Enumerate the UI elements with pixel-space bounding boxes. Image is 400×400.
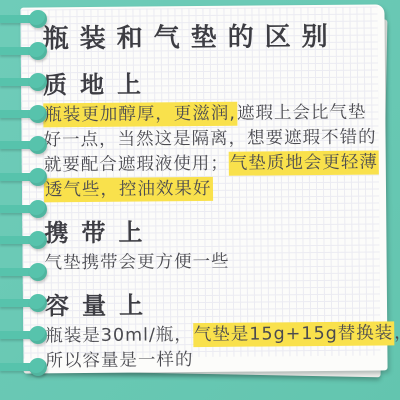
section-heading-2: 携带上 [44, 217, 374, 248]
text-segment: 遮瑕上会比气垫 [237, 103, 367, 124]
binder-ring [0, 358, 48, 376]
section-paragraph-2: 气垫携带会更方便一些 [45, 249, 375, 277]
binder-ring [0, 42, 48, 60]
section-paragraph-1: 瓶装更加醇厚，更滋润,遮瑕上会比气垫好一点，当然这是隔离，想要遮瑕不错的就要配合… [43, 101, 374, 204]
text-line: 就要配合遮瑕液使用；气垫质地会更轻薄 [44, 151, 374, 179]
text-line: 瓶装更加醇厚，更滋润,遮瑕上会比气垫 [43, 101, 373, 129]
note-title: 瓶装和气垫的区别 [43, 21, 373, 56]
text-segment: ， [394, 323, 400, 343]
binder-ring [0, 168, 48, 186]
text-line: 气垫携带会更方便一些 [45, 249, 375, 277]
text-line: 瓶装是30ml/瓶，气垫是15g+15g替换装， [45, 322, 375, 350]
section-heading-3: 容量上 [45, 290, 375, 321]
text-line: 所以容量是一样的 [45, 347, 375, 375]
text-segment: 就要配合遮瑕液使用； [44, 154, 229, 176]
binder-ring [0, 10, 48, 28]
text-segment: 所以容量是一样的 [45, 350, 193, 371]
highlighted-text: 透气些，控油效果好 [44, 177, 213, 202]
binder-ring [0, 136, 48, 154]
text-line: 好一点，当然这是隔离，想要遮瑕不错的 [43, 126, 373, 154]
text-segment: 气垫携带会更方便一些 [45, 252, 230, 274]
notebook-page: 瓶装和气垫的区别 质地上瓶装更加醇厚，更滋润,遮瑕上会比气垫好一点，当然这是隔离… [20, 4, 387, 373]
text-segment: 瓶装是30ml/瓶， [45, 325, 193, 346]
binder-ring [0, 263, 48, 281]
highlighted-text: 气垫质地会更轻薄 [229, 150, 379, 175]
binder-ring [0, 73, 48, 91]
binder-ring [0, 326, 48, 344]
note-sections: 质地上瓶装更加醇厚，更滋润,遮瑕上会比气垫好一点，当然这是隔离，想要遮瑕不错的就… [43, 69, 376, 375]
text-line: 透气些，控油效果好 [44, 176, 374, 204]
note-content: 瓶装和气垫的区别 质地上瓶装更加醇厚，更滋润,遮瑕上会比气垫好一点，当然这是隔离… [42, 13, 375, 374]
highlighted-text: 瓶装更加醇厚，更滋润, [43, 102, 237, 128]
binder-ring [0, 294, 48, 312]
section-heading-1: 质地上 [43, 69, 373, 100]
section-paragraph-3: 瓶装是30ml/瓶，气垫是15g+15g替换装，所以容量是一样的 [45, 322, 375, 375]
binder-ring [0, 200, 48, 218]
binder-rings [0, 0, 50, 400]
highlighted-text: 气垫是15g+15g替换装 [193, 321, 395, 347]
text-segment: 好一点，当然这是隔离，想要遮瑕不错的 [43, 127, 376, 150]
binder-ring [0, 105, 48, 123]
notebook-scene: 瓶装和气垫的区别 质地上瓶装更加醇厚，更滋润,遮瑕上会比气垫好一点，当然这是隔离… [0, 0, 400, 400]
binder-ring [0, 231, 48, 249]
